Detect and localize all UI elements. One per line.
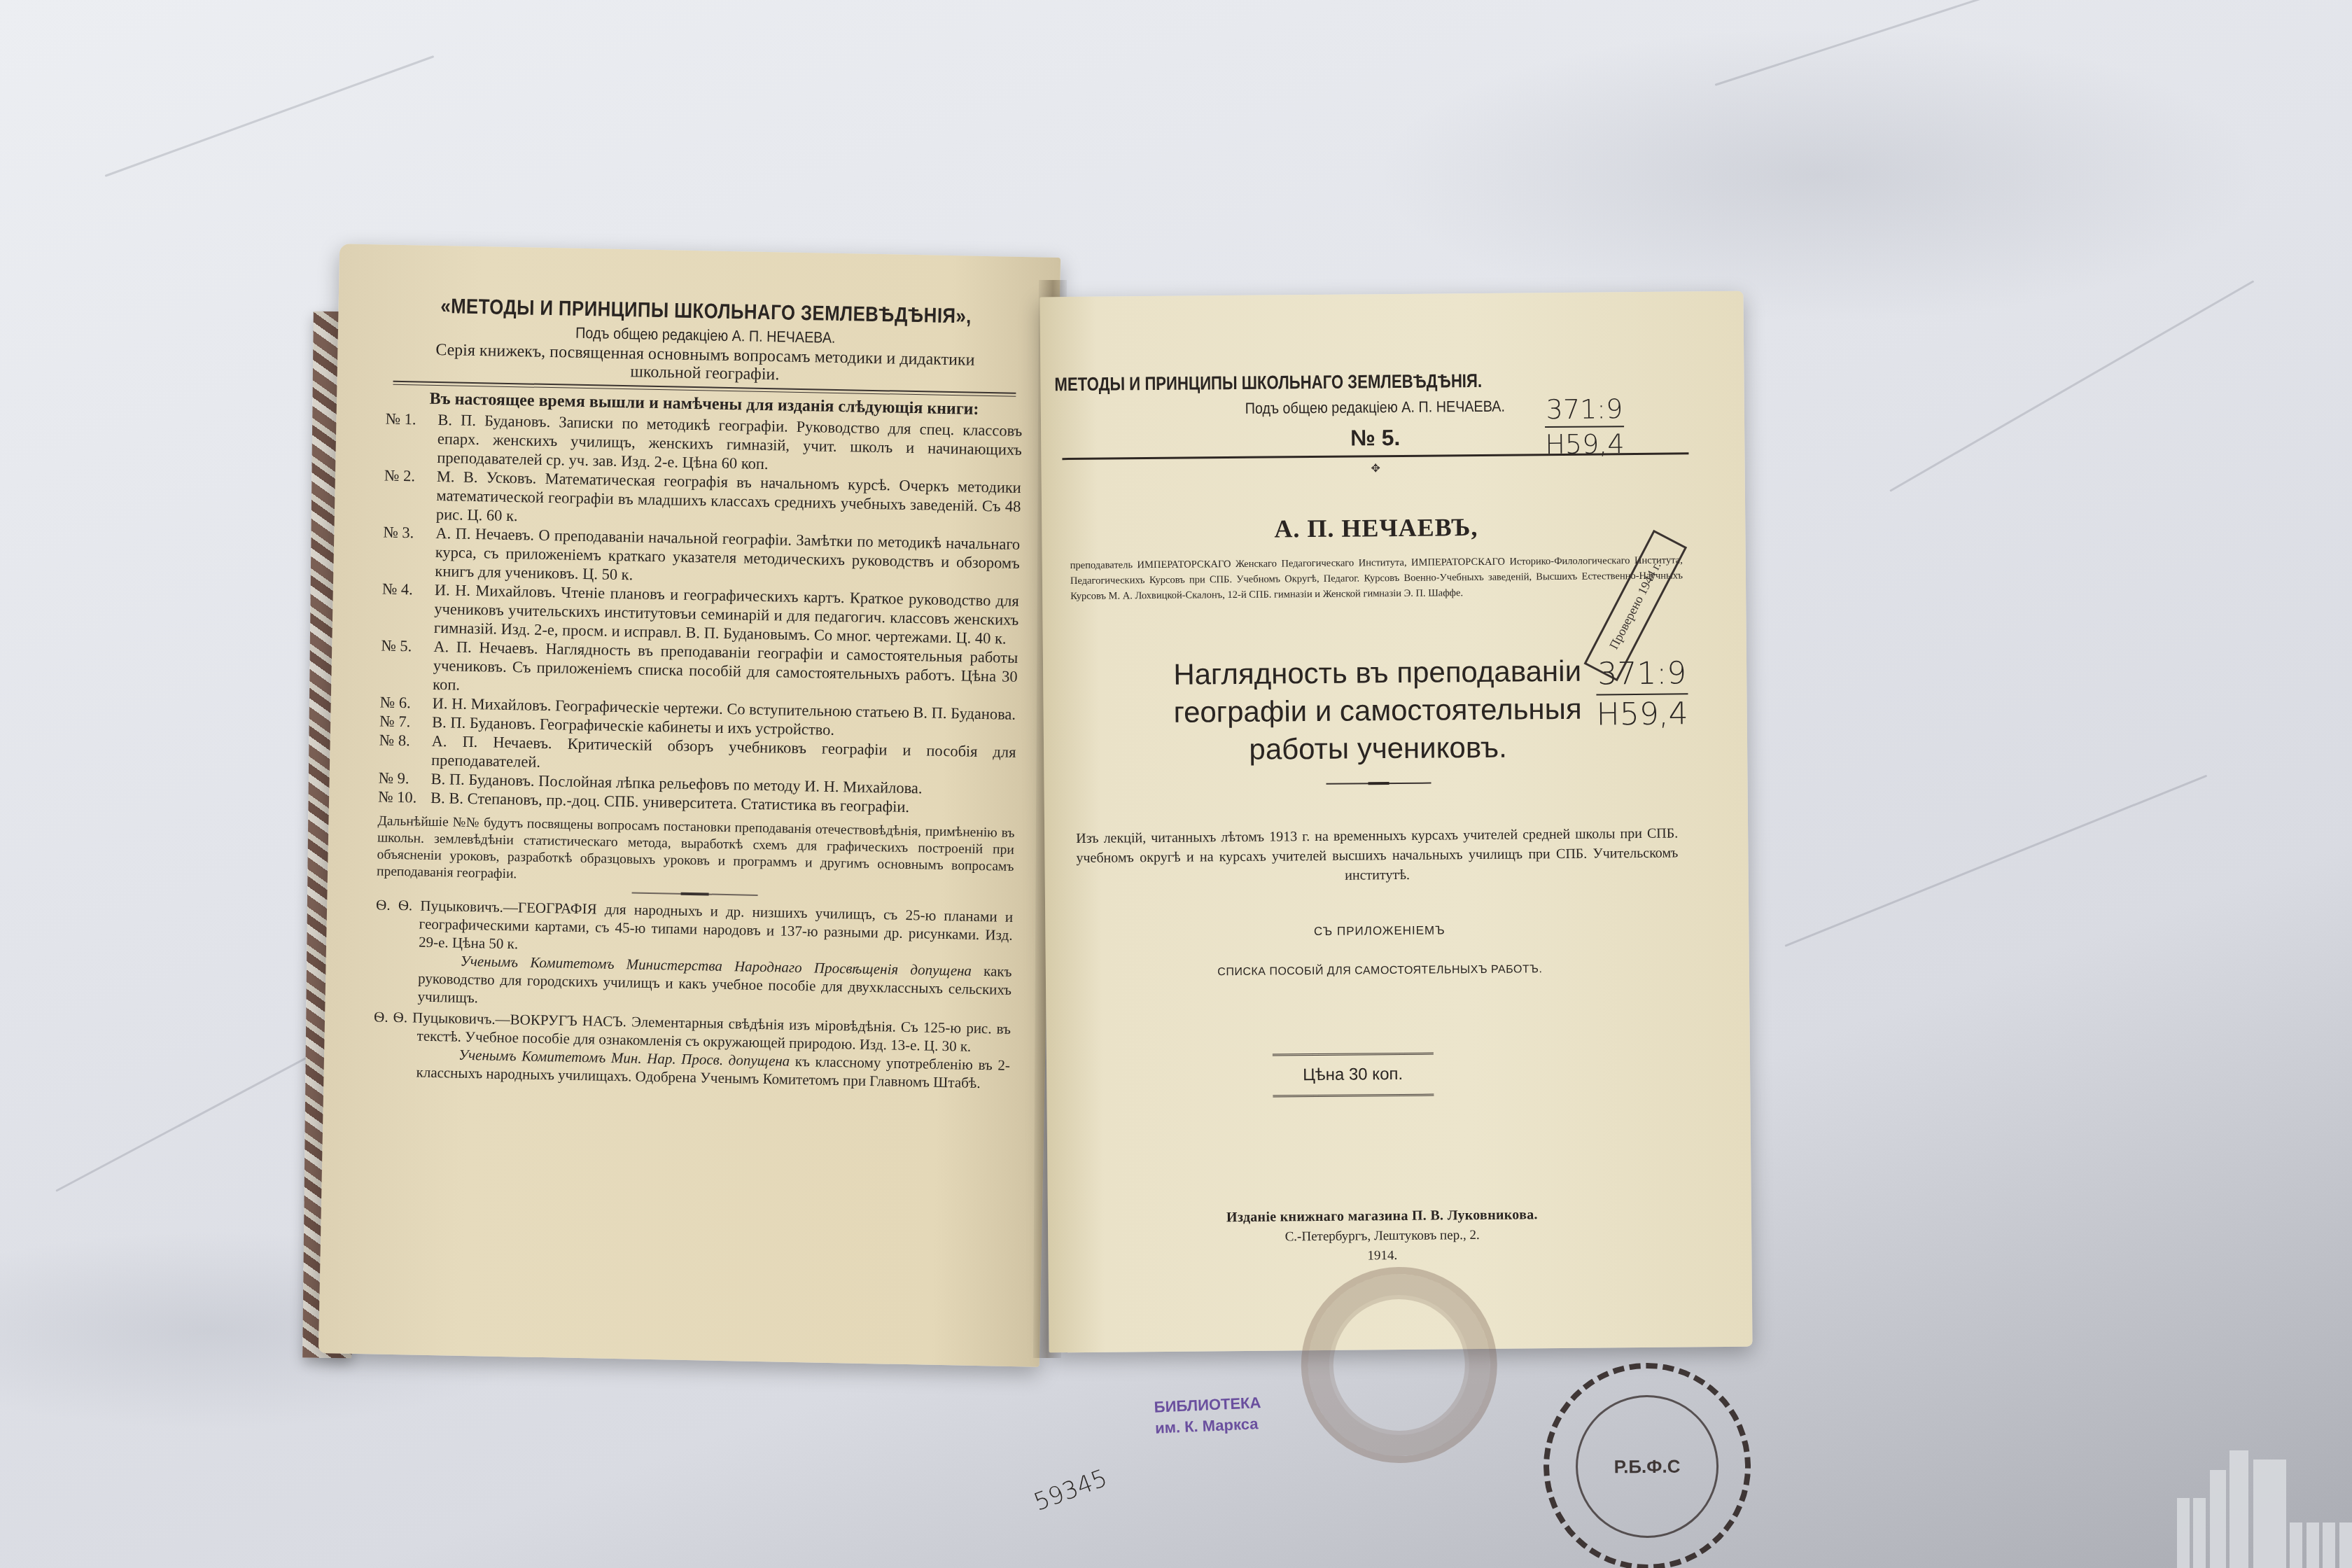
section-divider <box>632 892 758 895</box>
handwritten-classmark: 371:9 Н59,4 <box>1545 393 1625 460</box>
author-credentials: преподаватель ИМПЕРАТОРСКАГО Женскаго Пе… <box>1070 552 1683 604</box>
lecture-origin-note: Изъ лекцій, читанныхъ лѣтомъ 1913 г. на … <box>1076 823 1679 888</box>
publisher: Изданіе книжнаго магазина П. В. Луковник… <box>1062 1205 1702 1227</box>
appendix-text: СПИСКА ПОСОБІЙ ДЛЯ САМОСТОЯТЕЛЬНЫХЪ РАБО… <box>1060 962 1700 980</box>
library-round-stamp: Р.Б.Ф.С <box>1543 1362 1752 1568</box>
faded-round-stamp <box>1301 1266 1498 1464</box>
bars-watermark-logo <box>2177 1449 2352 1568</box>
further-issues-note: Дальнѣйшіе №№ будутъ посвящены вопросамъ… <box>377 813 1015 892</box>
publisher-address: С.-Петербургъ, Лештуковъ пер., 2. <box>1062 1226 1702 1247</box>
left-page: «МЕТОДЫ И ПРИНЦИПЫ ШКОЛЬНАГО ЗЕМЛЕВѢДѢНІ… <box>318 244 1060 1366</box>
handwritten-inventory-number: 59345 <box>1030 1464 1111 1516</box>
series-title: МЕТОДЫ И ПРИНЦИПЫ ШКОЛЬНАГО ЗЕМЛЕВѢДѢНІЯ… <box>1054 370 1580 396</box>
title-page: МЕТОДЫ И ПРИНЦИПЫ ШКОЛЬНАГО ЗЕМЛЕВѢДѢНІЯ… <box>1039 291 1752 1353</box>
marble-vein <box>1889 280 2254 492</box>
appendix-label: СЪ ПРИЛОЖЕНІЕМЪ <box>1059 921 1700 941</box>
marble-vein <box>1715 0 2182 86</box>
marble-vein <box>1784 775 2207 947</box>
handwritten-classmark: 371:9 Н59,4 <box>1596 655 1688 733</box>
marble-vein <box>104 55 434 177</box>
advertisement: Ѳ. Ѳ. Пуцыковичъ.—ГЕОГРАФІЯ для народных… <box>374 895 1013 1016</box>
book-list: № 1.В. П. Будановъ. Записки по методикѣ … <box>378 409 1023 818</box>
publication-year: 1914. <box>1062 1245 1702 1266</box>
title-divider <box>1326 783 1431 785</box>
author-name: А. П. НЕЧАЕВЪ, <box>1056 510 1696 545</box>
library-stamp: БИБЛИОТЕКА им. К. Маркса <box>1154 1392 1262 1439</box>
advertisement: Ѳ. Ѳ. Пуцыковичъ.—ВОКРУГЪ НАСЪ. Элемента… <box>372 1007 1011 1092</box>
price-label: Цѣна 30 коп. <box>1272 1053 1434 1098</box>
